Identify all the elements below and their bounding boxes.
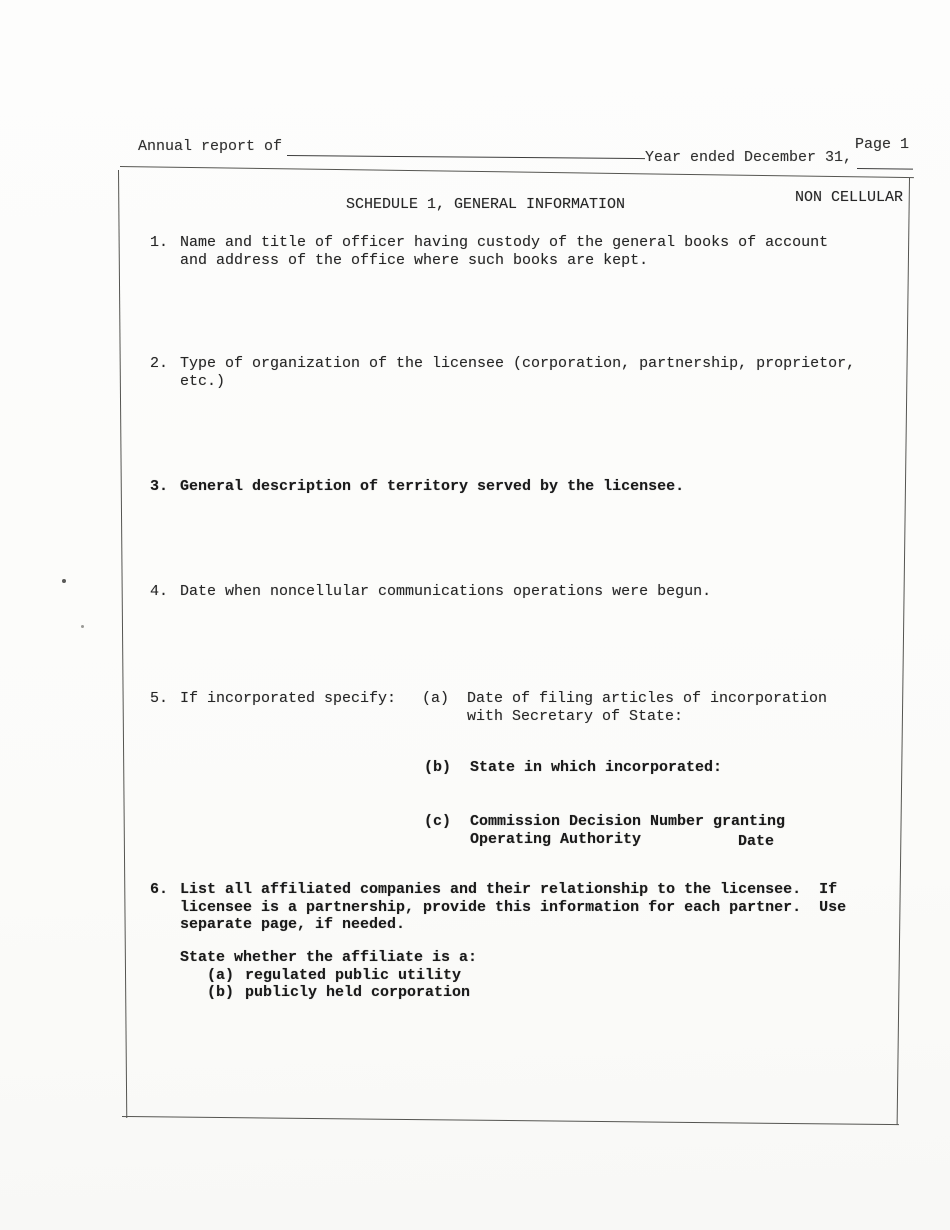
form-border-bottom bbox=[122, 1116, 899, 1125]
item-6-line-3: separate page, if needed. bbox=[180, 916, 405, 934]
item-5-label: If incorporated specify: bbox=[180, 690, 396, 708]
schedule-title: SCHEDULE 1, GENERAL INFORMATION bbox=[346, 196, 625, 214]
item-2-line-2: etc.) bbox=[180, 373, 225, 391]
item-3-number: 3. bbox=[150, 478, 168, 496]
item-5c-line-1: Commission Decision Number granting bbox=[470, 813, 785, 831]
item-5a-line-2: with Secretary of State: bbox=[467, 708, 683, 726]
item-4-number: 4. bbox=[150, 583, 168, 601]
item-6-number: 6. bbox=[150, 881, 168, 899]
item-3-line-1: General description of territory served … bbox=[180, 478, 684, 496]
item-6-line-1: List all affiliated companies and their … bbox=[180, 881, 837, 899]
form-border-left bbox=[118, 170, 128, 1118]
item-5c-line-2: Operating Authority bbox=[470, 831, 641, 849]
item-5b-line-1: State in which incorporated: bbox=[470, 759, 722, 777]
annual-report-blank-line bbox=[287, 155, 645, 159]
year-ended-label: Year ended December 31, bbox=[645, 149, 852, 167]
item-6b-marker: (b) bbox=[207, 984, 234, 1002]
item-6a-marker: (a) bbox=[207, 967, 234, 985]
year-blank-line bbox=[857, 168, 913, 170]
form-border-right bbox=[897, 178, 911, 1125]
item-6a-text: regulated public utility bbox=[245, 967, 461, 985]
scan-speck bbox=[62, 579, 66, 583]
item-6b-text: publicly held corporation bbox=[245, 984, 470, 1002]
page-number-label: Page 1 bbox=[855, 136, 909, 154]
item-5c-date-label: Date bbox=[738, 833, 774, 851]
classification-label: NON CELLULAR bbox=[795, 189, 903, 207]
item-4-line-1: Date when noncellular communications ope… bbox=[180, 583, 711, 601]
item-2-line-1: Type of organization of the licensee (co… bbox=[180, 355, 855, 373]
item-5a-marker: (a) bbox=[422, 690, 449, 708]
item-6-affiliate-prompt: State whether the affiliate is a: bbox=[180, 949, 477, 967]
item-1-number: 1. bbox=[150, 234, 168, 252]
form-border-top bbox=[120, 166, 914, 178]
scanned-form-page: Annual report of Page 1 Year ended Decem… bbox=[0, 0, 950, 1230]
item-2-number: 2. bbox=[150, 355, 168, 373]
annual-report-label: Annual report of bbox=[138, 138, 282, 156]
item-5a-line-1: Date of filing articles of incorporation bbox=[467, 690, 827, 708]
item-5c-marker: (c) bbox=[424, 813, 451, 831]
scan-speck bbox=[81, 625, 84, 628]
item-1-line-1: Name and title of officer having custody… bbox=[180, 234, 828, 252]
item-5-number: 5. bbox=[150, 690, 168, 708]
item-6-line-2: licensee is a partnership, provide this … bbox=[180, 899, 846, 917]
item-1-line-2: and address of the office where such boo… bbox=[180, 252, 648, 270]
item-5b-marker: (b) bbox=[424, 759, 451, 777]
